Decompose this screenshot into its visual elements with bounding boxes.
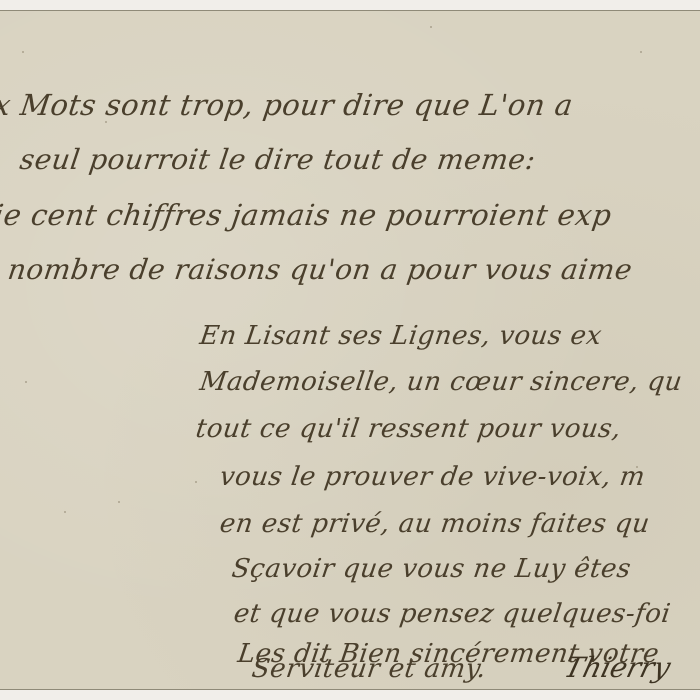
letter-line-13: Serviteur et amy. [250, 656, 488, 682]
letter-line-2: seul pourroit le dire tout de meme: [18, 146, 537, 174]
paper-speck [118, 501, 120, 503]
signature-flourish-icon [610, 686, 700, 690]
letter-line-6: Mademoiselle, un cœur sincere, qu [198, 369, 684, 395]
paper-speck [105, 121, 107, 123]
letter-line-9: en est privé, au moins faites qu [218, 511, 651, 537]
paper-speck [430, 26, 432, 28]
letter-line-5: En Lisant ses Lignes, vous ex [198, 323, 603, 349]
paper-speck [22, 51, 24, 53]
letter-paper: x Mots sont trop, pour dire que L'on a s… [0, 10, 700, 690]
signature: Thierry [561, 651, 674, 684]
letter-line-7: tout ce qu'il ressent pour vous, [194, 416, 623, 442]
paper-speck [195, 481, 197, 483]
page: x Mots sont trop, pour dire que L'on a s… [0, 0, 700, 700]
paper-speck [640, 51, 642, 53]
letter-line-1: x Mots sont trop, pour dire que L'on a [0, 91, 575, 120]
letter-line-11: et que vous pensez quelques-foi [232, 601, 672, 627]
letter-line-10: Sçavoir que vous ne Luy êtes [230, 556, 633, 582]
paper-speck [25, 381, 27, 383]
letter-line-4: nombre de raisons qu'on a pour vous aime [6, 256, 634, 284]
letter-line-8: vous le prouver de vive-voix, m [218, 464, 647, 490]
paper-speck [64, 511, 66, 513]
paper-speck [636, 466, 638, 468]
letter-line-3: ie cent chiffres jamais ne pourroient ex… [0, 201, 613, 230]
